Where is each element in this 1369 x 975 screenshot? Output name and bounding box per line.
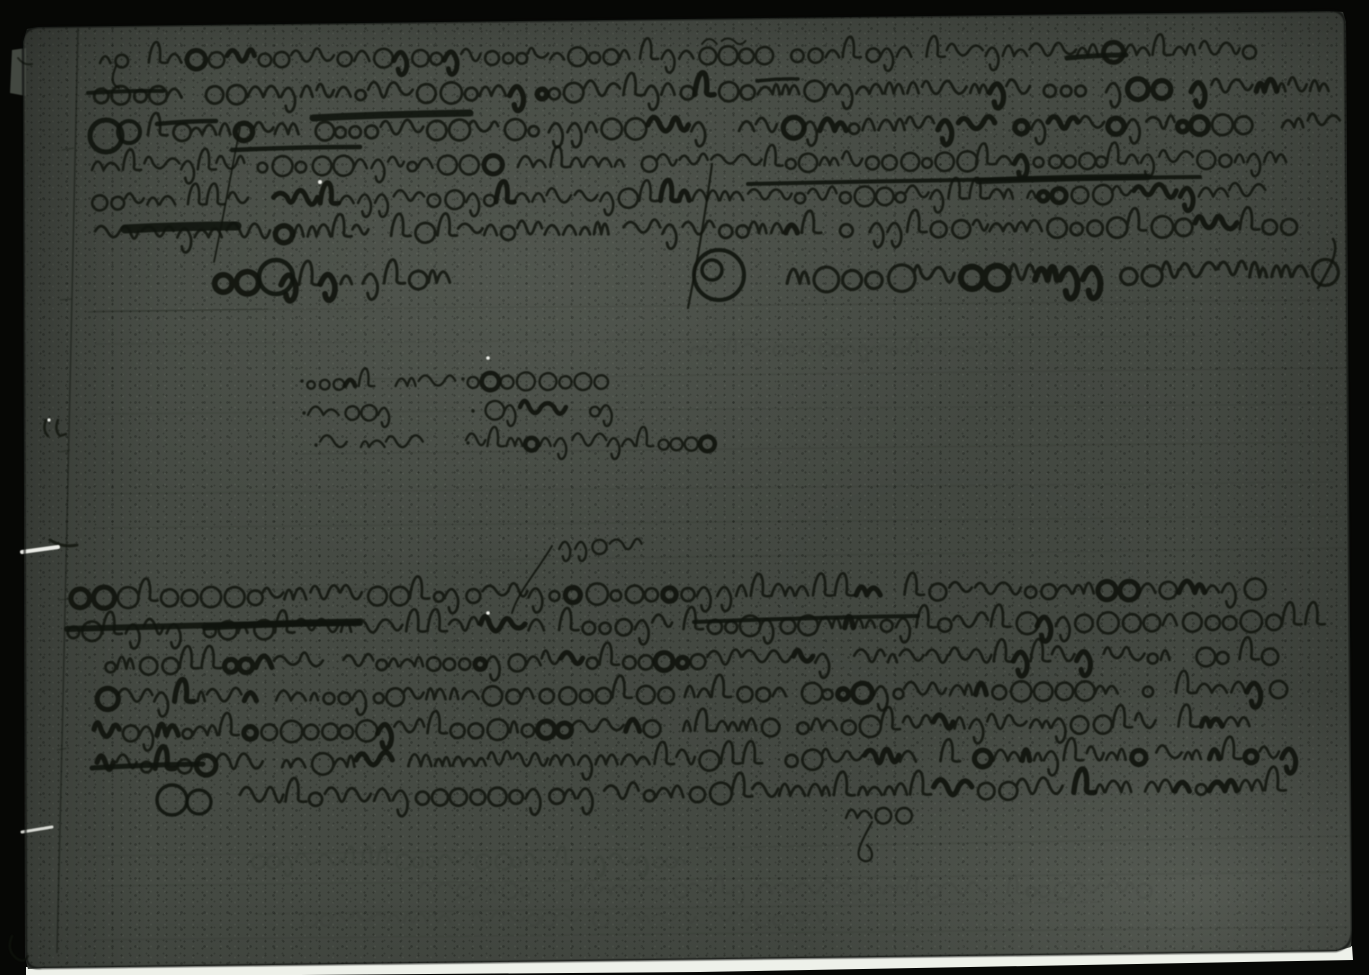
handwriting-ink-layer: [0, 0, 1369, 975]
white-specks: [47, 180, 489, 615]
bottom-paragraph-ink: [68, 573, 1325, 816]
photograph-mount: [0, 0, 1369, 975]
middle-list-ink: [307, 368, 715, 459]
signature-line-ink: [215, 259, 1339, 300]
page-edge-seam: [23, 11, 1352, 968]
top-paragraph-ink: [92, 34, 1340, 252]
superscript-mark-ink: [702, 39, 745, 45]
trailing-word-ink: [846, 808, 912, 824]
crease-line: [57, 28, 78, 953]
